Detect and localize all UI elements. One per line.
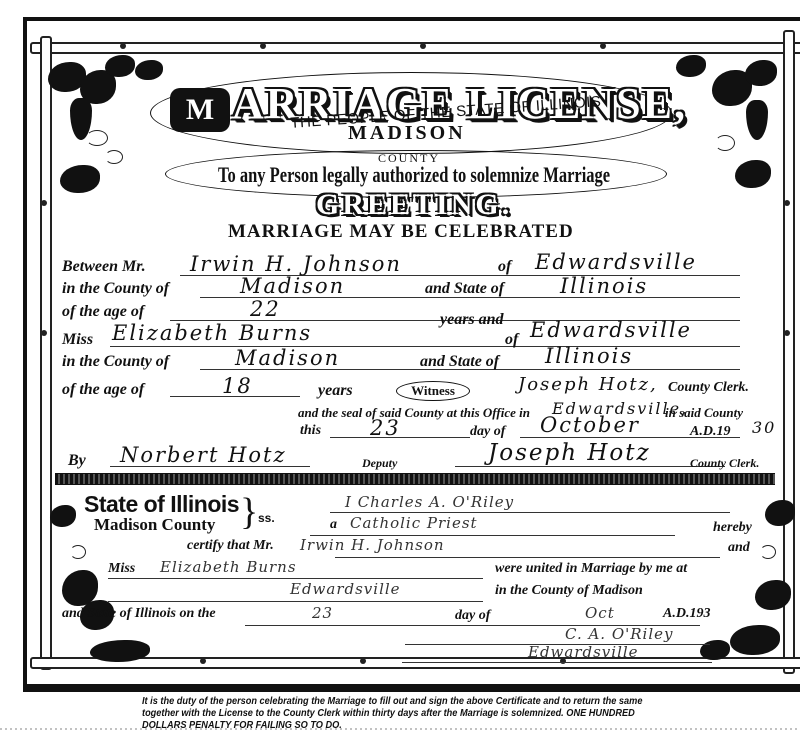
deputy-label: Deputy [362,456,397,471]
witness-badge: Witness [396,381,470,401]
celebrated-heading: MARRIAGE MAY BE CELEBRATED [228,221,574,243]
bride-state-field: Illinois [545,344,633,368]
officiant-signature-place: Edwardsville [528,643,639,661]
state-of-illinois-heading: State of Illinois [84,491,239,518]
ss-label: ss. [258,511,275,525]
united-label: were united in Marriage by me at [495,561,687,577]
cert-ad-label: A.D.193 [663,606,710,622]
cert-state-on-label: and State of Illinois on the [62,606,216,622]
officiant-signature: C. A. O'Riley [565,625,674,643]
groom-name-field: Irwin H. Johnson [190,252,402,276]
legal-notice: It is the duty of the person celebrating… [142,696,666,732]
seal-text: and the seal of said County at this Offi… [298,405,530,421]
by-label: By [68,452,86,470]
ad-label: A.D.19 [690,424,730,440]
cert-groom-name-field: Irwin H. Johnson [300,536,445,554]
groom-residence-field: Edwardsville [535,250,697,274]
between-mr-label: Between Mr. [62,258,146,276]
groom-state-label: and State of [425,280,504,298]
outer-border-bottom [23,684,800,692]
day-of-label: day of [470,424,505,440]
deputy-name-field: Norbert Hotz [120,443,287,467]
groom-of-label: of [498,258,511,276]
address-line: To any Person legally authorized to sole… [218,162,610,188]
bride-county-label: in the County of [62,353,169,371]
bride-name-field: Elizabeth Burns [112,321,312,345]
scan-edge-dots [0,728,800,730]
in-said-county-label: in said County [665,405,743,421]
issue-month-field: October [540,413,640,437]
county-clerk-label: County Clerk. [668,380,749,396]
groom-county-field: Madison [240,274,345,298]
issue-year-field: 30 [752,418,776,437]
cert-bride-name-field: Elizabeth Burns [160,558,297,576]
certify-that-mr-label: certify that Mr. [187,538,274,554]
county-name-heading: MADISON [348,122,466,145]
greeting-heading: GREETING. [316,188,512,222]
marriage-day-field: 23 [312,604,333,622]
and-label: and [728,540,750,556]
cert-county-label: in the County of Madison [495,583,643,599]
a-label: a [330,517,337,533]
this-label: this [300,423,321,439]
cert-day-of-label: day of [455,608,490,624]
title-monogram: M [170,88,230,132]
madison-county-heading: Madison County [94,515,215,535]
groom-county-label: in the County of [62,280,169,298]
marriage-month-field: Oct [585,604,615,622]
hereby-label: hereby [713,520,752,536]
groom-age-label: of the age of [62,303,144,321]
officiant-title-field: Catholic Priest [350,514,478,532]
bride-age-label: of the age of [62,381,144,399]
officiant-name-field: I Charles A. O'Riley [345,493,514,511]
bride-state-label: and State of [420,353,499,371]
years-label: years [318,382,353,400]
bride-residence-field: Edwardsville [530,318,692,342]
marriage-place-field: Edwardsville [290,580,401,598]
brace-icon: } [240,490,258,534]
clerk-signature: Joseph Hotz [488,440,651,466]
groom-age-field: 22 [250,297,281,321]
groom-state-field: Illinois [560,274,648,298]
county-clerk-label-2: County Clerk. [690,456,759,471]
bride-of-label: of [505,331,518,349]
years-and-label: years and [440,311,504,329]
bride-age-field: 18 [222,374,253,398]
cert-miss-label: Miss [108,561,135,577]
issue-day-field: 23 [370,416,401,440]
witness-clerk-name: Joseph Hotz, [518,374,658,395]
bride-county-field: Madison [235,346,340,370]
miss-label: Miss [62,331,93,349]
section-divider [55,473,775,485]
